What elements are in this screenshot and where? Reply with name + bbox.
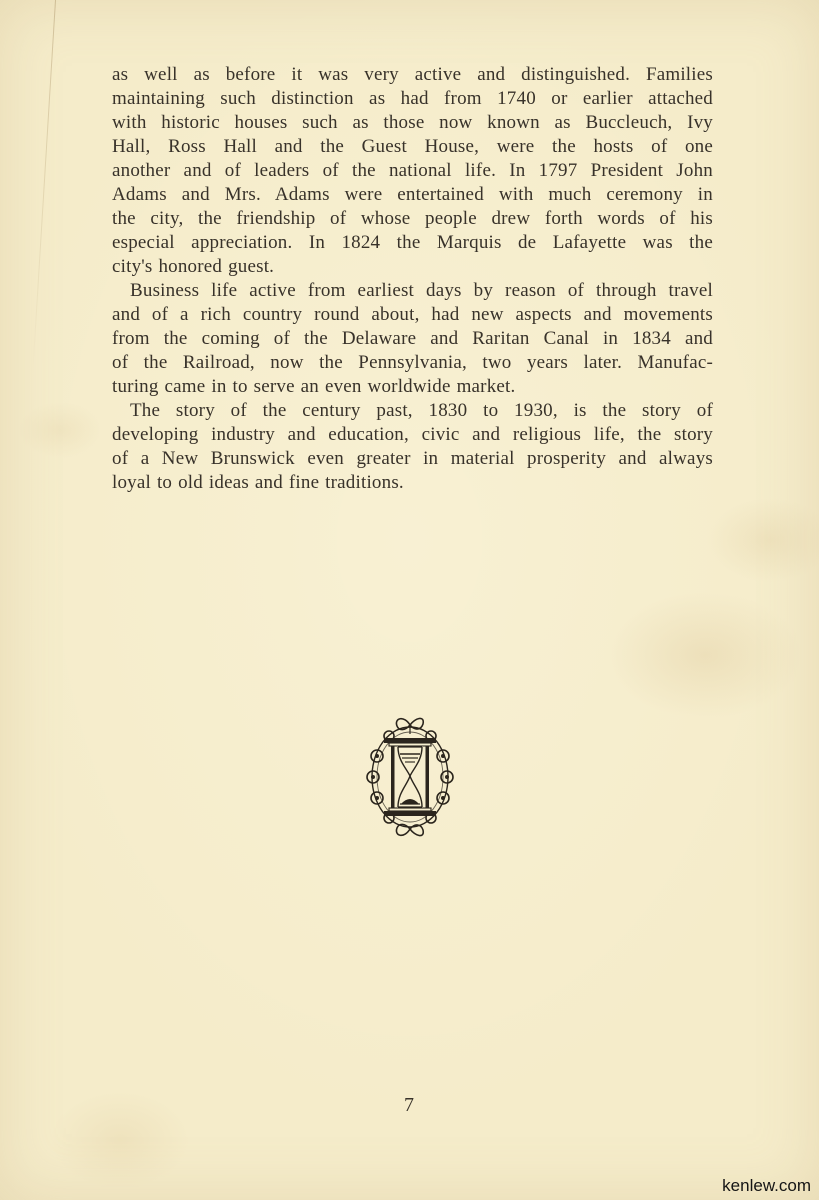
paragraph: The story of the century past, 1830 to 1… [112,399,713,495]
hourglass-ornament-icon [364,712,456,842]
page-number: 7 [0,1094,819,1117]
text-line: of a New Brunswick even greater in mater… [112,447,713,471]
text-line: Hall, Ross Hall and the Guest House, wer… [112,135,713,159]
text-line: The story of the century past, 1830 to 1… [112,399,713,423]
text-line: loyal to old ideas and fine traditions. [112,471,713,495]
text-line: of the Railroad, now the Pennsylvania, t… [112,351,713,375]
paragraph: Business life active from earliest days … [112,279,713,399]
book-page: as well as before it was very active and… [0,0,819,1200]
text-line: the city, the friendship of whose people… [112,207,713,231]
text-line: with historic houses such as those now k… [112,111,713,135]
paragraph: as well as before it was very active and… [112,63,713,279]
body-text: as well as before it was very active and… [112,63,713,495]
text-line: another and of leaders of the national l… [112,159,713,183]
text-line: and of a rich country round about, had n… [112,303,713,327]
text-line: from the coming of the Delaware and Rari… [112,327,713,351]
paper-crease [32,0,56,370]
text-line: Business life active from earliest days … [112,279,713,303]
watermark: kenlew.com [722,1176,811,1196]
text-line: maintaining such distinction as had from… [112,87,713,111]
text-line: Adams and Mrs. Adams were entertained wi… [112,183,713,207]
text-line: city's honored guest. [112,255,713,279]
text-line: turing came in to serve an even worldwid… [112,375,713,399]
text-line: as well as before it was very active and… [112,63,713,87]
text-line: especial appreciation. In 1824 the Marqu… [112,231,713,255]
text-line: developing industry and education, civic… [112,423,713,447]
